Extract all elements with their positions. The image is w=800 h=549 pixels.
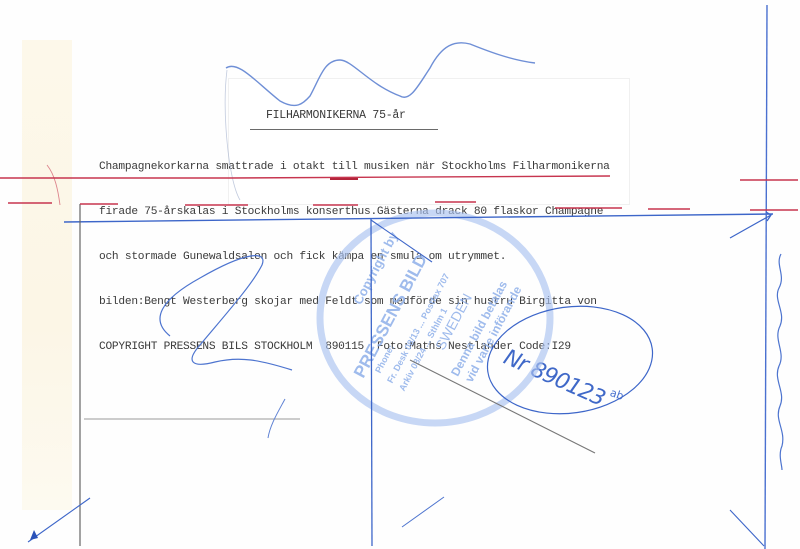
aged-tape-strip <box>22 40 72 510</box>
handwritten-suffix: ab <box>608 386 625 403</box>
caption-line: Champagnekorkarna smattrade i otakt till… <box>99 160 610 175</box>
caption-text: Champagnekorkarna smattrade i otakt till… <box>99 130 610 385</box>
arrow-bottom-right-stroke <box>730 510 764 546</box>
arrow-bottom-center-stroke <box>402 497 444 527</box>
caption-line: och stormade Gunewaldsalen och fick kämp… <box>99 250 610 265</box>
caption-line: firade 75-årskalas i Stockholms konserth… <box>99 205 610 220</box>
document-sheet: FILHARMONIKERNA 75-år Champagnekorkarna … <box>0 0 800 549</box>
red-underline-mark <box>330 177 358 180</box>
caption-line: COPYRIGHT PRESSENS BILS STOCKHOLM 890115… <box>99 340 610 355</box>
right-wavy-line <box>777 254 782 470</box>
arrow-head-bottom-left <box>30 530 38 540</box>
arrow-head-top-right <box>766 212 771 221</box>
pen-stroke-bottom <box>268 399 285 438</box>
arrow-top-right-stroke <box>730 215 771 238</box>
blue-crop-line-right <box>765 5 767 549</box>
document-title: FILHARMONIKERNA 75-år <box>266 108 406 123</box>
